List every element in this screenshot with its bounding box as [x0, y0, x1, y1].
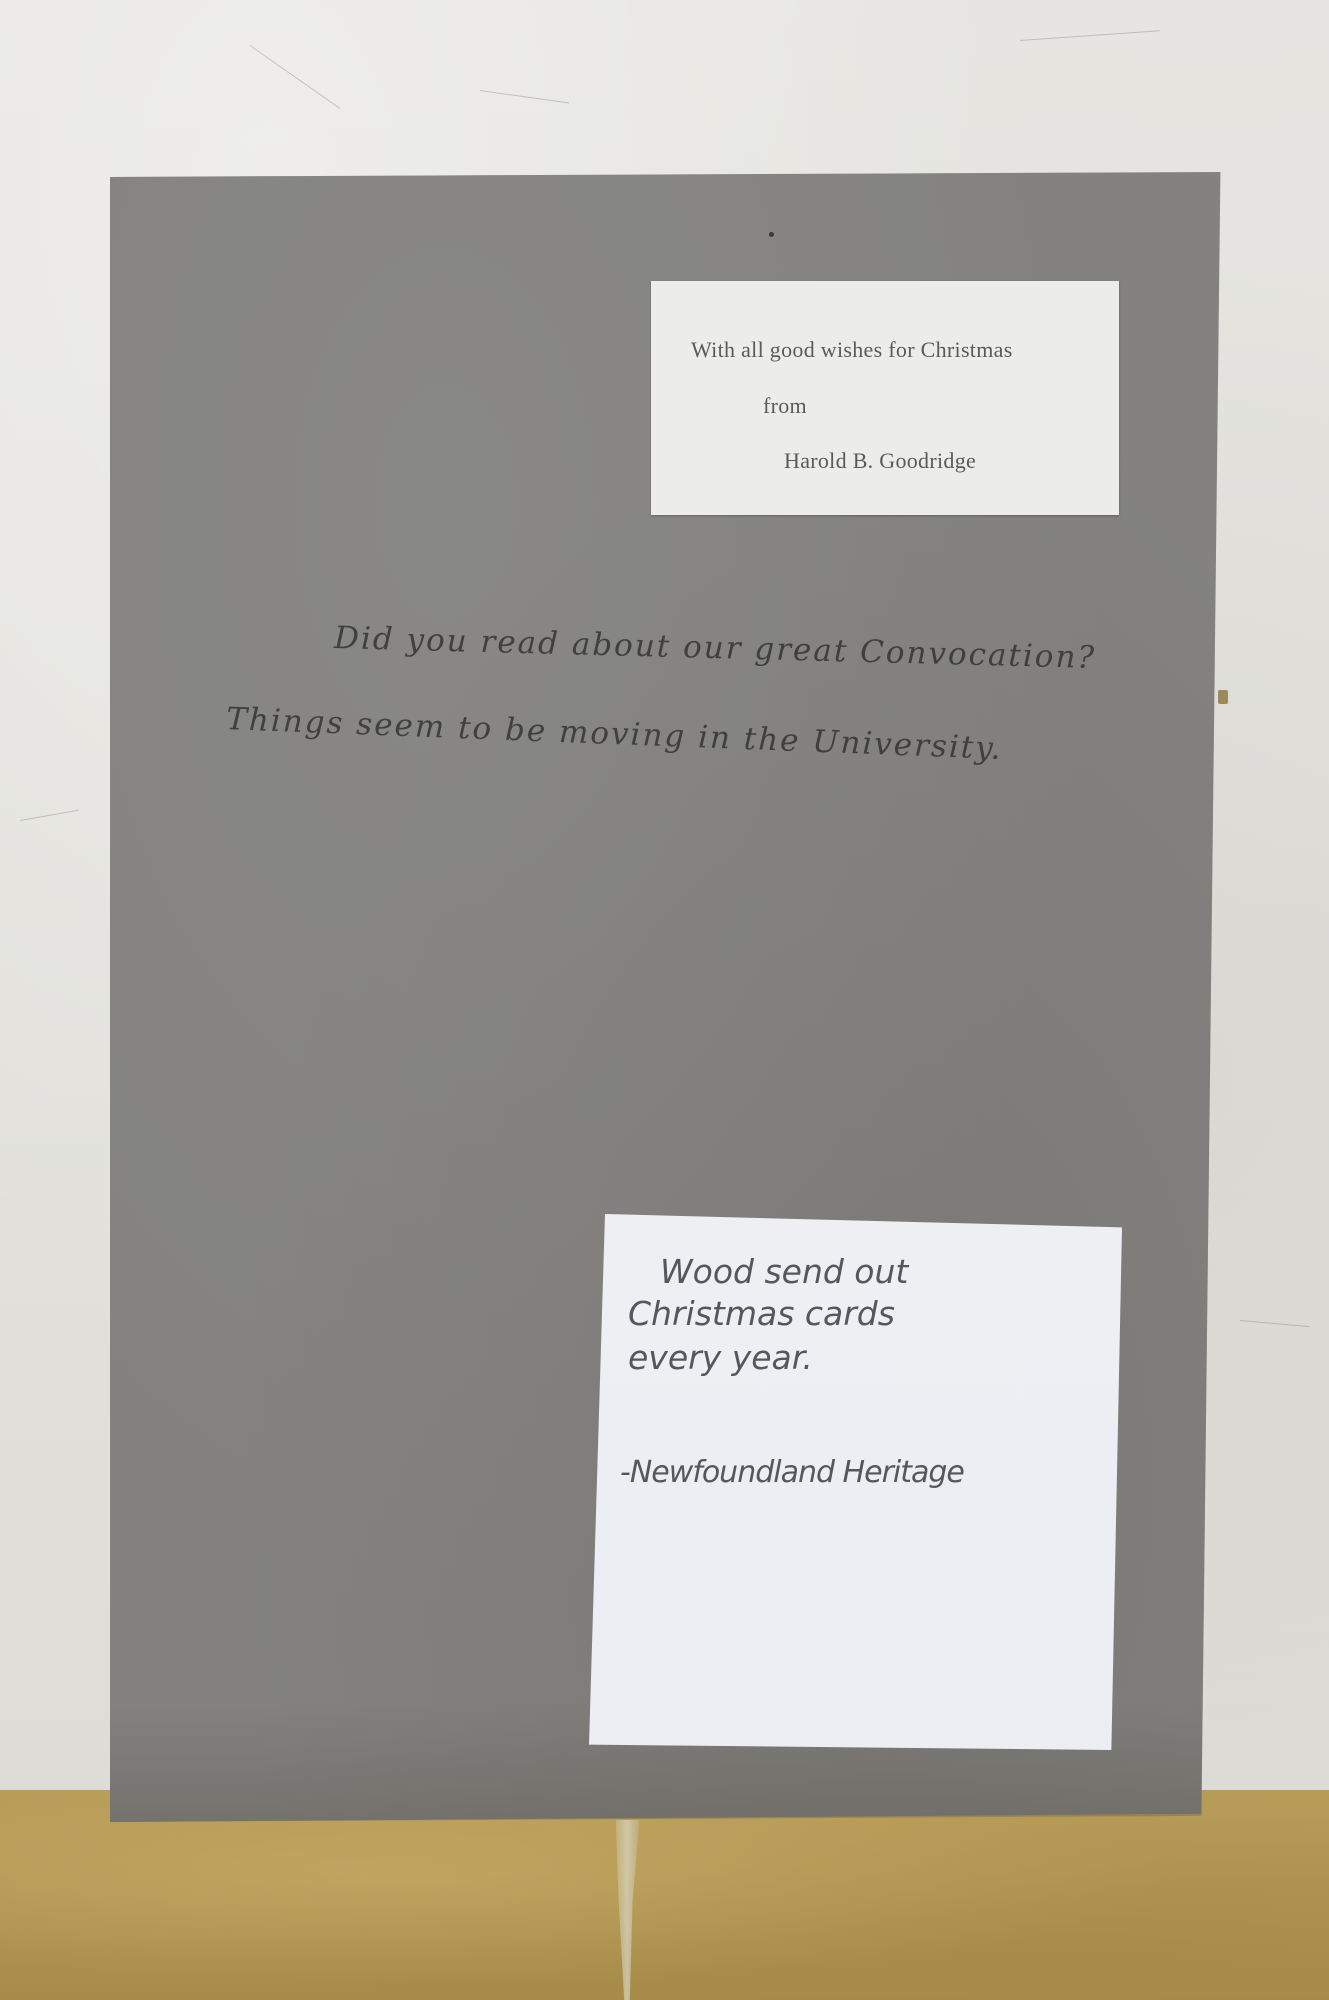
sticky-note-attribution: -Newfoundland Heritage — [620, 1455, 964, 1490]
card-from-line: from — [763, 393, 807, 419]
wall-scratch — [1240, 1320, 1310, 1327]
sticky-note-line-3: every year. — [628, 1338, 813, 1377]
printed-greeting-card: With all good wishes for Christmas from … — [651, 281, 1119, 515]
card-greeting-line: With all good wishes for Christmas — [691, 337, 1013, 363]
wall-scratch — [250, 45, 341, 109]
sticky-note-line-2: Christmas cards — [628, 1294, 895, 1333]
tape-fragment — [1218, 690, 1228, 704]
card-sender-name: Harold B. Goodridge — [784, 448, 976, 474]
wall-scratch — [20, 810, 79, 821]
board-speck — [769, 232, 774, 237]
wall-scratch — [1020, 30, 1160, 41]
sticky-note-line-1: Wood send out — [660, 1252, 908, 1291]
wall-scratch — [480, 90, 569, 104]
